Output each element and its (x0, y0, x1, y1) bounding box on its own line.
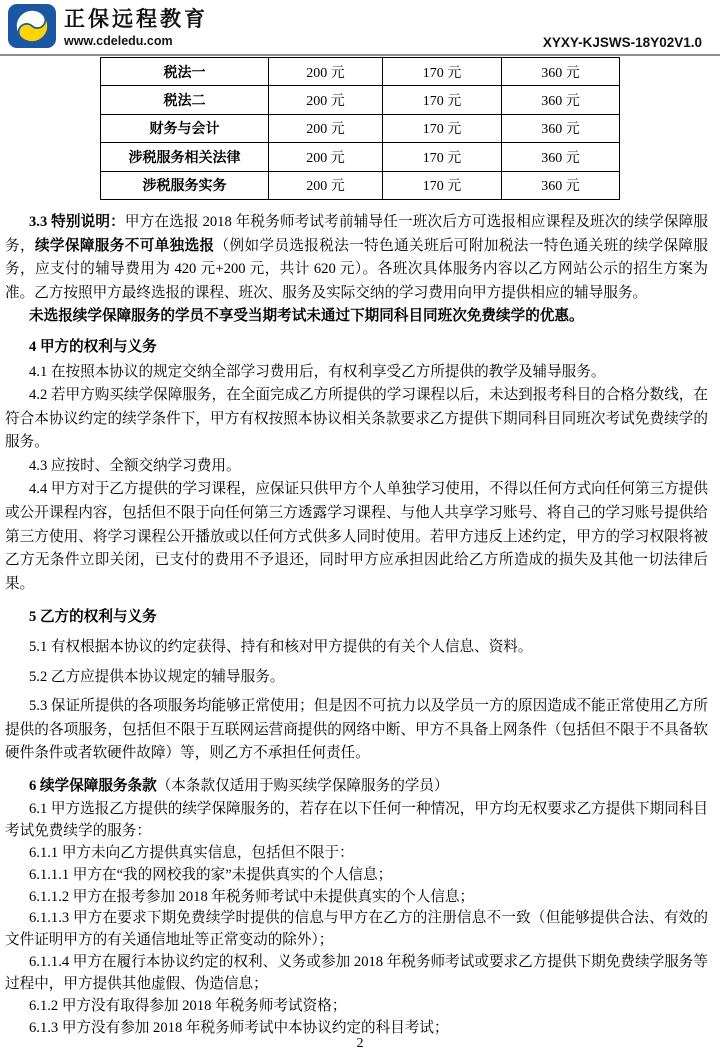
contract-body: 3.3 特别说明：甲方在选报 2018 年税务师考试考前辅导任一班次后方可选报相… (5, 211, 708, 1040)
price-cell: 170 元 (383, 171, 502, 199)
clause-6-1-1-4: 6.1.1.4 甲方在履行本协议约定的权利、义务或参加 2018 年税务师考试或… (5, 952, 708, 996)
price-cell: 360 元 (502, 171, 620, 199)
brand-text: 正保远程教育 www.cdeledu.com (64, 8, 208, 49)
price-cell: 170 元 (383, 58, 502, 86)
clause-5-3: 5.3 保证所提供的各项服务均能够正常使用；但是因不可抗力以及学员一方的原因造成… (5, 695, 708, 766)
page-footer: 2 (0, 1036, 720, 1052)
clause-6-1-1: 6.1.1 甲方未向乙方提供真实信息，包括但不限于： (5, 843, 708, 865)
section-6-title: 6 续学保障服务条款 (29, 778, 157, 794)
table-row: 税法一 200 元 170 元 360 元 (101, 58, 620, 86)
clause-4-1: 4.1 在按照本协议的规定交纳全部学习费用后，有权利享受乙方所提供的教学及辅导服… (5, 361, 708, 385)
course-cell: 税法一 (101, 58, 269, 86)
page-header: 正保远程教育 www.cdeledu.com XYXY-KJSWS-18Y02V… (0, 0, 720, 56)
price-cell: 360 元 (502, 58, 620, 86)
price-cell: 170 元 (383, 86, 502, 114)
price-cell: 360 元 (502, 114, 620, 142)
clause-6-1-1-2: 6.1.1.2 甲方在报考参加 2018 年税务师考试中未提供真实的个人信息； (5, 887, 708, 909)
brand-url: www.cdeledu.com (64, 34, 208, 49)
table-row: 财务与会计 200 元 170 元 360 元 (101, 114, 620, 142)
price-cell: 200 元 (269, 114, 383, 142)
brand-logo-icon (8, 4, 56, 53)
section-6-heading: 6 续学保障服务条款（本条款仅适用于购买续学保障服务的学员） (5, 776, 708, 798)
section-4-heading: 4 甲方的权利与义务 (5, 336, 708, 360)
clause-4-4: 4.4 甲方对于乙方提供的学习课程，应保证只供甲方个人单独学习使用，不得以任何方… (5, 478, 708, 596)
clause-5-2: 5.2 乙方应提供本协议规定的辅导服务。 (5, 666, 708, 690)
course-cell: 税法二 (101, 86, 269, 114)
clause-3-3-bold: 续学保障服务不可单独选报 (35, 238, 215, 254)
price-cell: 170 元 (383, 114, 502, 142)
clause-5-1: 5.1 有权根据本协议的约定获得、持有和核对甲方提供的有关个人信息、资料。 (5, 636, 708, 660)
course-cell: 财务与会计 (101, 114, 269, 142)
section-6-subtitle: （本条款仅适用于购买续学保障服务的学员） (157, 778, 449, 794)
clause-6-1-1-3: 6.1.1.3 甲方在要求下期免费续学时提供的信息与甲方在乙方的注册信息不一致（… (5, 908, 708, 952)
brand: 正保远程教育 www.cdeledu.com (8, 4, 208, 53)
price-table: 税法一 200 元 170 元 360 元 税法二 200 元 170 元 36… (100, 57, 620, 200)
clause-3-3-label: 3.3 特别说明： (29, 214, 125, 230)
contract-page: 正保远程教育 www.cdeledu.com XYXY-KJSWS-18Y02V… (0, 0, 720, 1063)
course-cell: 涉税服务实务 (101, 171, 269, 199)
table-row: 税法二 200 元 170 元 360 元 (101, 86, 620, 114)
clause-4-2: 4.2 若甲方购买续学保障服务，在全面完成乙方所提供的学习课程以后，未达到报考科… (5, 384, 708, 455)
clause-6-1: 6.1 甲方选报乙方提供的续学保障服务的，若存在以下任何一种情况，甲方均无权要求… (5, 799, 708, 843)
clause-6-1-2: 6.1.2 甲方没有取得参加 2018 年税务师考试资格； (5, 996, 708, 1018)
price-cell: 360 元 (502, 143, 620, 171)
clause-6-1-1-1: 6.1.1.1 甲方在“我的网校我的家”未提供真实的个人信息； (5, 865, 708, 887)
price-cell: 200 元 (269, 143, 383, 171)
price-cell: 200 元 (269, 86, 383, 114)
clause-3-3-note: 未选报续学保障服务的学员不享受当期考试未通过下期同科目同班次免费续学的优惠。 (5, 305, 708, 329)
course-cell: 涉税服务相关法律 (101, 143, 269, 171)
brand-name: 正保远程教育 (64, 8, 208, 32)
table-row: 涉税服务实务 200 元 170 元 360 元 (101, 171, 620, 199)
price-cell: 200 元 (269, 171, 383, 199)
price-cell: 170 元 (383, 143, 502, 171)
table-row: 涉税服务相关法律 200 元 170 元 360 元 (101, 143, 620, 171)
clause-4-3: 4.3 应按时、全额交纳学习费用。 (5, 455, 708, 479)
page-number: 2 (357, 1036, 364, 1051)
section-5-heading: 5 乙方的权利与义务 (5, 606, 708, 630)
price-cell: 200 元 (269, 58, 383, 86)
clause-3-3: 3.3 特别说明：甲方在选报 2018 年税务师考试考前辅导任一班次后方可选报相… (5, 211, 708, 305)
doc-code: XYXY-KJSWS-18Y02V1.0 (543, 35, 702, 50)
price-cell: 360 元 (502, 86, 620, 114)
